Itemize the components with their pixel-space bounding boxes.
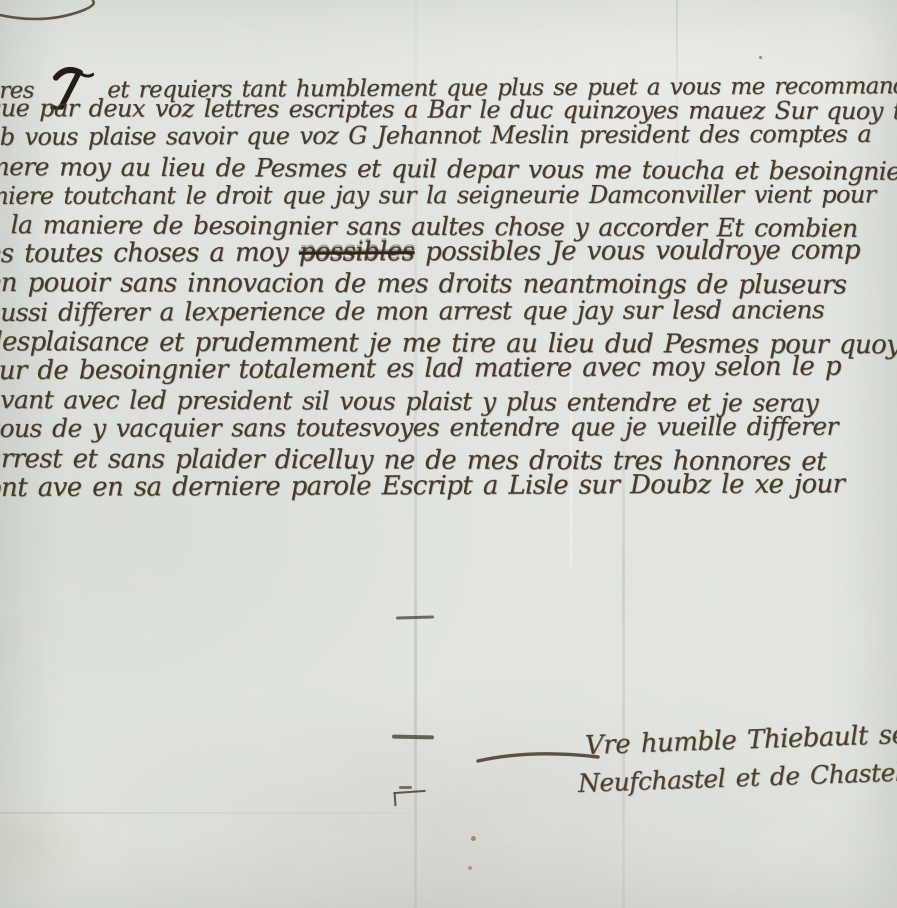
manuscript-line: sur de besoingnier totalement es lad mat…	[0, 351, 897, 386]
line-fragment: es toutes choses a moy	[0, 238, 288, 269]
manuscript-line: ab vous plaise savoir que voz G Jehannot…	[0, 119, 897, 152]
manuscript-line: ont ave en sa derniere parole Escript a …	[0, 469, 897, 503]
manuscript-line: miere toutchant le droit que jay sur la …	[0, 179, 897, 211]
manuscript-line: aussi differer a lexperience de mon arre…	[0, 295, 897, 328]
ink-slit-mark	[392, 735, 434, 740]
ink-hook-mark	[394, 790, 427, 806]
ink-slit-mark	[399, 786, 412, 789]
corner-flourish-mark	[0, 0, 120, 26]
struck-word: possibles	[299, 237, 415, 268]
signature-flourish-mark	[476, 744, 601, 770]
signature-line-1: Vre humble Thiebault sei	[584, 719, 897, 762]
fold-crease-horizontal	[0, 812, 540, 814]
manuscript-line: es toutes choses a moy possibles possibl…	[0, 235, 897, 269]
rust-speck	[471, 836, 476, 841]
ink-slit-mark	[396, 616, 434, 620]
rust-speck	[468, 866, 472, 870]
ink-speck	[759, 56, 762, 59]
manuscript-line: vous de y vacquier sans toutesvoyes ente…	[0, 411, 897, 444]
signature-line-2: Neufchastel et de Chastel s	[577, 756, 897, 800]
line-fragment: possibles Je vous vouldroye comp	[425, 235, 860, 267]
manuscript-photo: ores et requiers tant humblement que plu…	[0, 0, 897, 908]
